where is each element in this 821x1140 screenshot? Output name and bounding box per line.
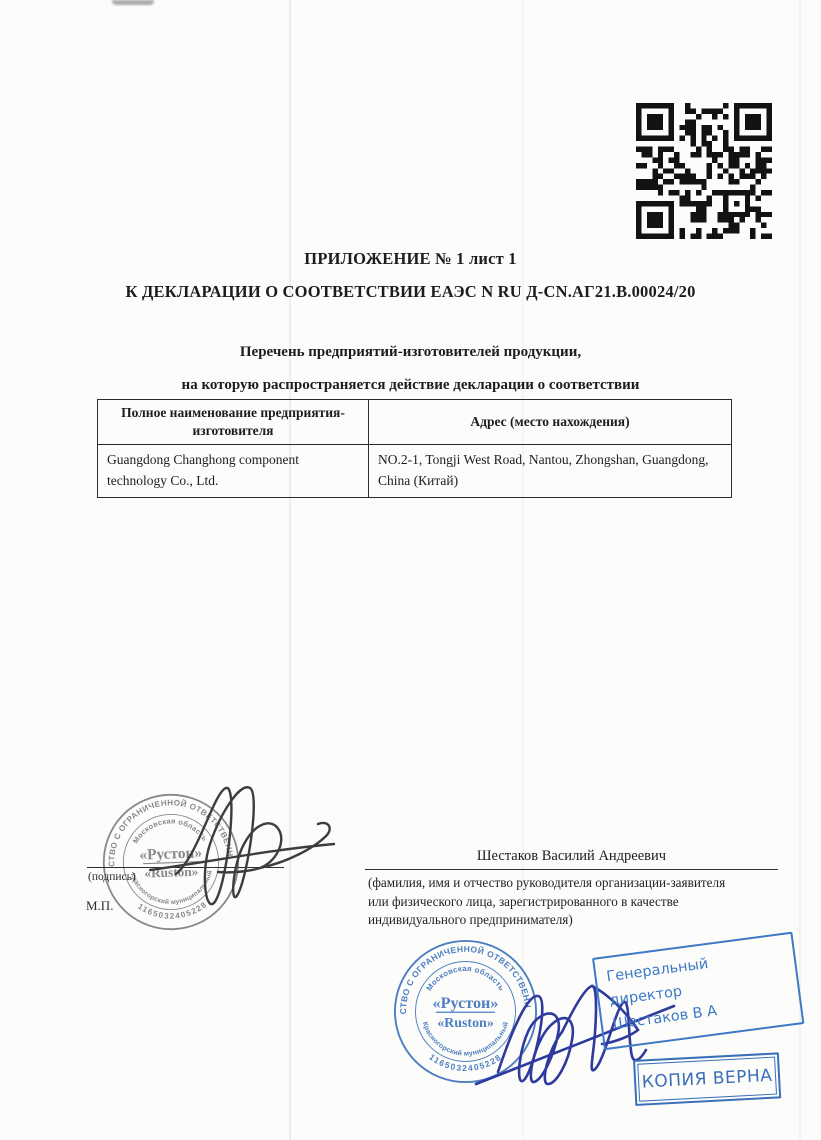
qr-code-icon [636,103,772,239]
head-of-org-name: Шестаков Василий Андреевич [365,848,778,870]
copy-true-stamp-label: КОПИЯ ВЕРНА [637,1057,777,1102]
stamp-center-en: «Ruston» [437,1016,494,1031]
cell-manufacturer: Guangdong Changhong component technology… [98,445,369,498]
cell-address: NO.2-1, Tongji West Road, Nantou, Zhongs… [369,445,732,498]
svg-text:Московская область: Московская область [130,815,210,845]
table-row: Guangdong Changhong component technology… [98,445,732,498]
signature-line [87,867,284,868]
declaration-title: К ДЕКЛАРАЦИИ О СООТВЕТСТВИИ ЕАЭС N RU Д-… [0,282,821,302]
copy-true-stamp: КОПИЯ ВЕРНА [633,1052,781,1106]
signature-label: (подпись) [88,871,136,883]
stamp-center-ru: «Рустон» [433,995,499,1012]
scan-artifact-line [289,0,291,1140]
svg-text:Московская область: Московская область [425,964,507,992]
head-of-org-caption: (фамилия, имя и отчество руководителя ор… [368,874,740,930]
appendix-title: ПРИЛОЖЕНИЕ № 1 лист 1 [0,249,821,269]
company-round-stamp-black: ОБЩЕСТВО С ОГРАНИЧЕННОЙ ОТВЕТСТВЕННОСТЬЮ… [99,790,244,935]
list-subtitle-line1: Перечень предприятий-изготовителей проду… [0,344,821,361]
column-header-address: Адрес (место нахождения) [369,400,732,445]
list-subtitle-line2: на которую распространяется действие дек… [0,377,821,394]
stamp-region-text: Московская область [130,815,210,845]
company-round-stamp-blue: ОБЩЕСТВО С ОГРАНИЧЕННОЙ ОТВЕТСТВЕННОСТЬЮ… [392,938,539,1085]
stamp-center-ru: «Рустон» [139,844,202,863]
table-header-row: Полное наименование предприятия-изготови… [98,400,732,445]
director-stamp: Генеральный директор Шестаков В А [592,932,804,1050]
stamp-region-text: Московская область [425,964,507,992]
document-page: ПРИЛОЖЕНИЕ № 1 лист 1 К ДЕКЛАРАЦИИ О СОО… [0,0,821,1140]
scan-artifact-line [799,0,801,1140]
seal-place-label: М.П. [86,898,113,914]
manufacturers-table: Полное наименование предприятия-изготови… [97,399,732,498]
column-header-manufacturer: Полное наименование предприятия-изготови… [98,400,369,445]
scan-artifact-smudge [112,0,154,5]
